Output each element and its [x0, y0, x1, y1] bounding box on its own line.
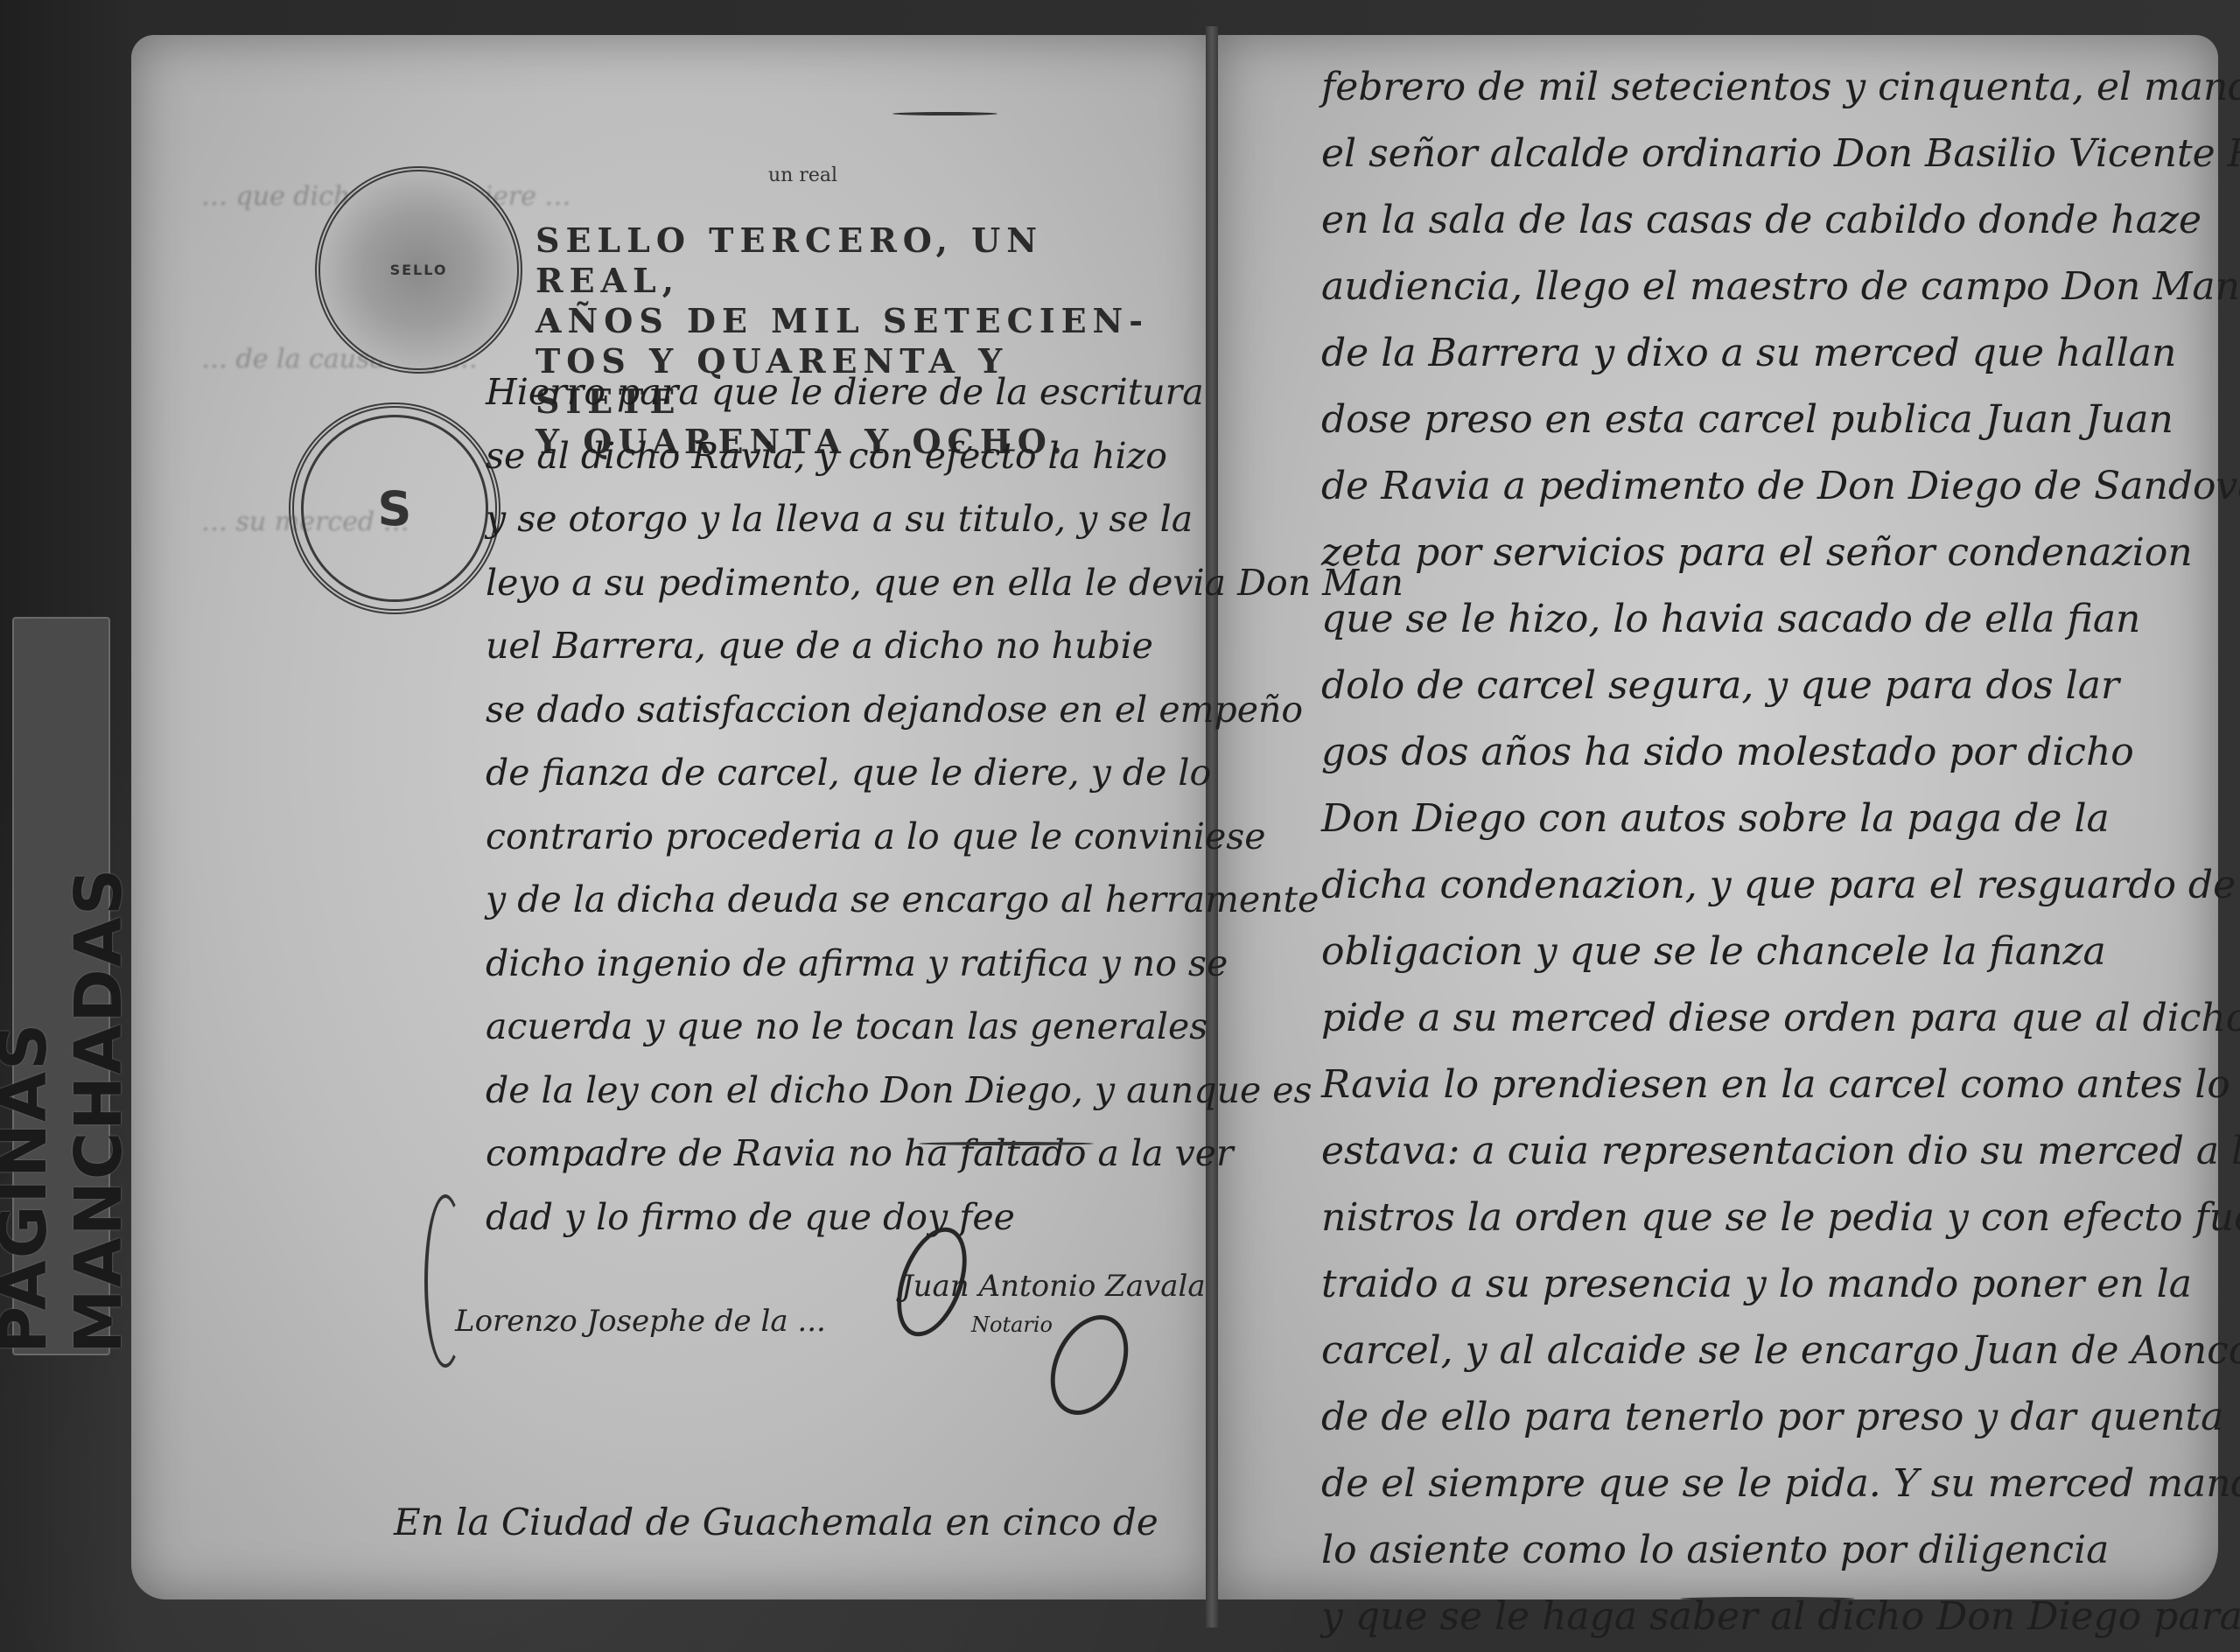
text-line: leyo a su pedimento, que en ella le devi… — [486, 551, 1403, 615]
text-line: de Ravia a pedimento de Don Diego de San… — [1321, 453, 2240, 520]
text-line: nistros la orden que se le pedia y con e… — [1321, 1185, 2240, 1251]
text-line: de fianza de carcel, que le diere, y de … — [486, 741, 1403, 805]
top-flourish — [892, 112, 997, 115]
signature-notary: Juan Antonio Zavala — [901, 1269, 1206, 1304]
stamp-header-line: AÑOS DE MIL SETECIEN- — [535, 301, 1165, 341]
seal-inner-ring — [301, 415, 488, 602]
text-line: y se otorgo y la lleva a su titulo, y se… — [486, 487, 1403, 551]
text-line: dicho ingenio de afirma y ratifica y no … — [486, 932, 1403, 996]
text-line: de el siempre que se le pida. Y su merce… — [1321, 1451, 2240, 1517]
signature-title: Notario — [971, 1312, 1053, 1337]
stained-pages-tag: PAGINAS MANCHADAS — [12, 617, 110, 1355]
stamp-header-line: SELLO TERCERO, UN REAL, — [535, 220, 1165, 301]
text-line: en la sala de las casas de cabildo donde… — [1321, 187, 2240, 254]
text-line: de de ello para tenerlo por preso y dar … — [1321, 1384, 2240, 1451]
left-page-text: Hierro para que le diere de la escritura… — [486, 360, 1403, 1249]
stained-pages-label: PAGINAS MANCHADAS — [0, 619, 136, 1354]
text-line: audiencia, llego el maestro de campo Don… — [1321, 254, 2240, 320]
text-line: lo asiente como lo asiento por diligenci… — [1321, 1517, 2240, 1584]
text-line: uel Barrera, que de a dicho no hubie — [486, 614, 1403, 678]
seal-text: SELLO — [353, 262, 485, 278]
text-line: Hierro para que le diere de la escritura — [486, 360, 1403, 424]
text-line: y que se le haga saber al dicho Don Dieg… — [1321, 1584, 2240, 1650]
closing-flourish — [919, 1142, 1094, 1145]
text-line: de la Barrera y dixo a su merced que hal… — [1321, 320, 2240, 387]
rubric-flourish-icon — [424, 1194, 466, 1368]
new-entry-line: En la Ciudad de Guachemala en cinco de — [394, 1501, 1158, 1543]
text-line: traido a su presencia y lo mando poner e… — [1321, 1251, 2240, 1318]
text-line: contrario procederia a lo que le convini… — [486, 805, 1403, 869]
revalidation-seal-icon: S — [289, 402, 500, 614]
text-line: que se le hizo, lo havia sacado de ella … — [1321, 586, 2240, 653]
text-line: acuerda y que no le tocan las generales — [486, 995, 1403, 1059]
text-line: gos dos años ha sido molestado por dicho — [1321, 719, 2240, 786]
text-line: el señor alcalde ordinario Don Basilio V… — [1321, 121, 2240, 187]
text-line: se al dicho Ravia, y con efecto la hizo — [486, 424, 1403, 488]
text-line: febrero de mil setecientos y cinquenta, … — [1321, 54, 2240, 121]
text-line: de la ley con el dicho Don Diego, y aunq… — [486, 1059, 1403, 1123]
stamp-value-note: un real — [768, 164, 837, 186]
text-line: Don Diego con autos sobre la paga de la — [1321, 786, 2240, 852]
text-line: dicha condenazion, y que para el resguar… — [1321, 852, 2240, 919]
text-line: dolo de carcel segura, y que para dos la… — [1321, 653, 2240, 719]
right-page-text: febrero de mil setecientos y cinquenta, … — [1321, 54, 2240, 1650]
text-line: Ravia lo prendiesen en la carcel como an… — [1321, 1052, 2240, 1118]
text-line: obligacion y que se le chancele la fianz… — [1321, 919, 2240, 985]
text-line: dose preso en esta carcel publica Juan J… — [1321, 387, 2240, 453]
royal-arms-seal-icon: SELLO — [315, 166, 522, 374]
text-line: se dado satisfaccion dejandose en el emp… — [486, 678, 1403, 742]
text-line: pide a su merced diese orden para que al… — [1321, 985, 2240, 1052]
closing-flourish — [1680, 1597, 1855, 1600]
signature-witness: Lorenzo Josephe de la ... — [455, 1304, 826, 1339]
text-line: zeta por servicios para el señor condena… — [1321, 520, 2240, 586]
text-line: carcel, y al alcaide se le encargo Juan … — [1321, 1318, 2240, 1384]
text-line: estava: a cuia representacion dio su mer… — [1321, 1118, 2240, 1185]
text-line: y de la dicha deuda se encargo al herram… — [486, 868, 1403, 932]
text-line: compadre de Ravia no ha faltado a la ver — [486, 1122, 1403, 1186]
